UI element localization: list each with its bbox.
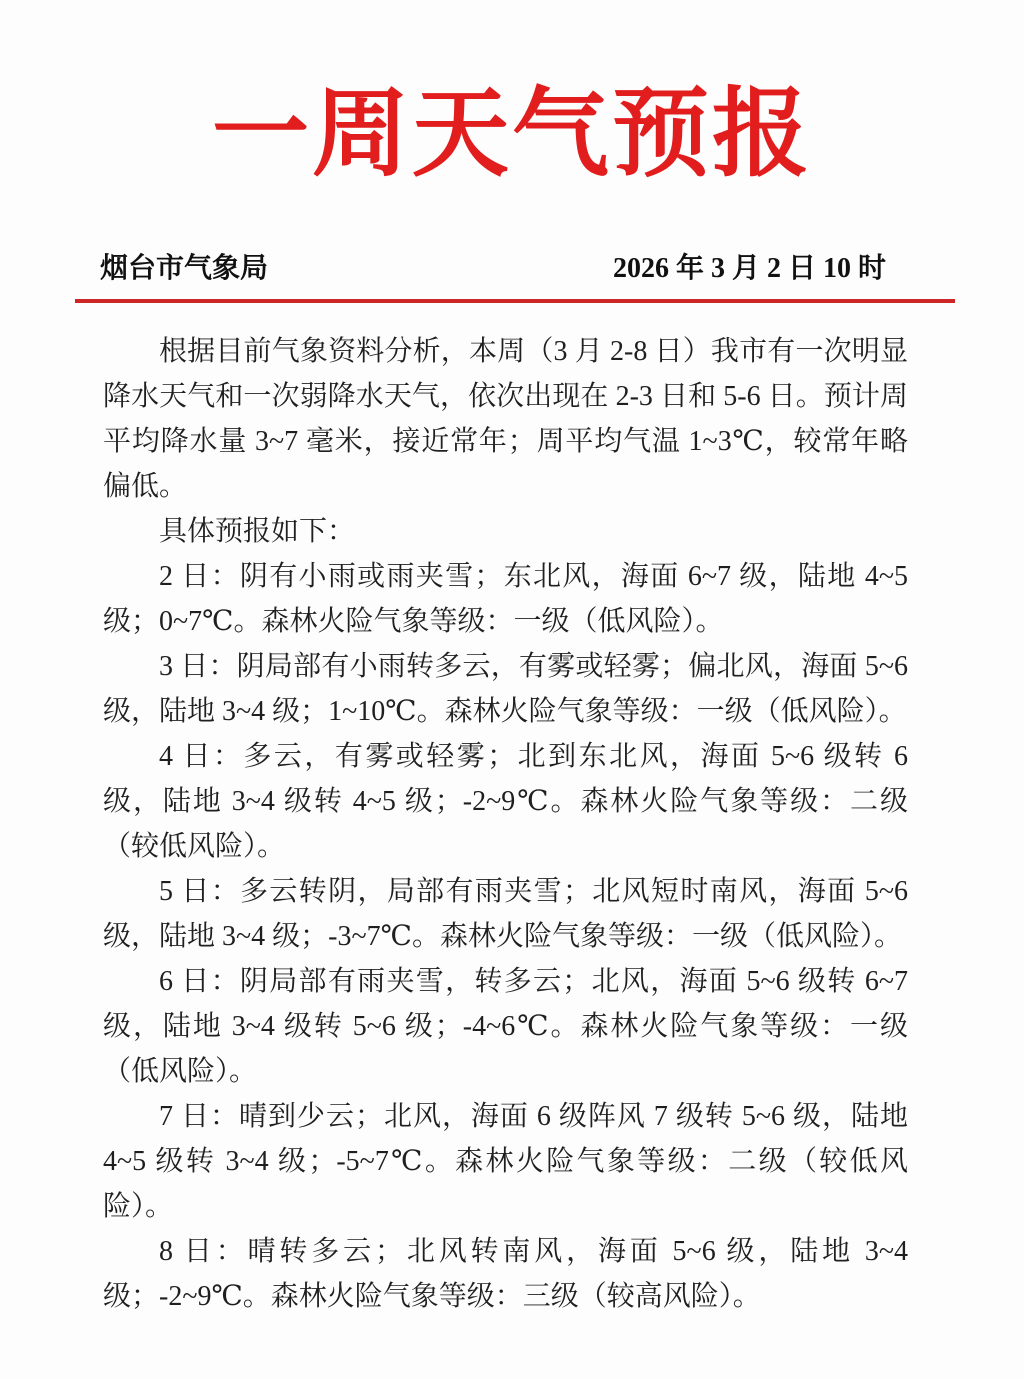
forecast-paragraph-day5: 5 日：多云转阴，局部有雨夹雪；北风短时南风，海面 5~6 级，陆地 3~4 级…: [103, 869, 908, 959]
forecast-paragraph-day3: 3 日：阴局部有小雨转多云，有雾或轻雾；偏北风，海面 5~6 级，陆地 3~4 …: [103, 644, 908, 734]
forecast-paragraph-day2: 2 日：阴有小雨或雨夹雪；东北风，海面 6~7 级，陆地 4~5 级；0~7℃。…: [103, 554, 908, 644]
forecast-paragraph-day6: 6 日：阴局部有雨夹雪，转多云；北风，海面 5~6 级转 6~7 级，陆地 3~…: [103, 959, 908, 1094]
document-header: 烟台市气象局 2026 年 3 月 2 日 10 时: [100, 246, 886, 286]
page-title: 一周天气预报: [0, 0, 1024, 200]
leadin-paragraph: 具体预报如下：: [103, 509, 908, 554]
intro-paragraph: 根据目前气象资料分析，本周（3 月 2-8 日）我市有一次明显降水天气和一次弱降…: [103, 329, 908, 509]
forecast-paragraph-day7: 7 日：晴到少云；北风，海面 6 级阵风 7 级转 5~6 级，陆地 4~5 级…: [103, 1094, 908, 1229]
forecast-paragraph-day8: 8 日：晴转多云；北风转南风，海面 5~6 级，陆地 3~4 级；-2~9℃。森…: [103, 1229, 908, 1319]
forecast-paragraph-day4: 4 日：多云，有雾或轻雾；北到东北风，海面 5~6 级转 6 级，陆地 3~4 …: [103, 734, 908, 869]
forecast-body: 根据目前气象资料分析，本周（3 月 2-8 日）我市有一次明显降水天气和一次弱降…: [103, 329, 908, 1319]
red-divider: [75, 299, 955, 303]
issue-datetime: 2026 年 3 月 2 日 10 时: [613, 246, 886, 286]
issuer-name: 烟台市气象局: [100, 246, 268, 286]
document-page: 一周天气预报 烟台市气象局 2026 年 3 月 2 日 10 时 根据目前气象…: [0, 0, 1024, 1379]
